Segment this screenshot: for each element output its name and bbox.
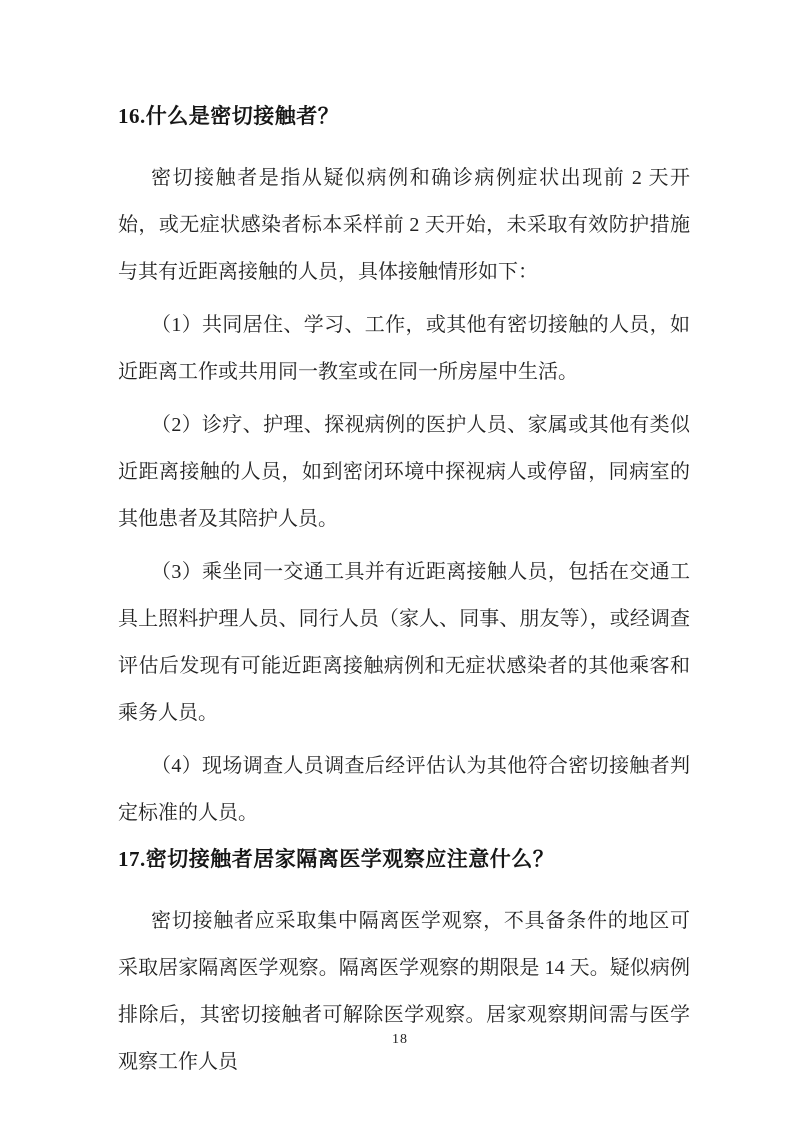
paragraph: （1）共同居住、学习、工作，或其他有密切接触的人员，如近距离工作或共用同一教室或… xyxy=(118,302,690,396)
paragraph: （2）诊疗、护理、探视病例的医护人员、家属或其他有类似近距离接触的人员，如到密闭… xyxy=(118,402,690,543)
document-page: 16.什么是密切接触者？ 密切接触者是指从疑似病例和确诊病例症状出现前 2 天开… xyxy=(0,0,800,1131)
page-number: 18 xyxy=(0,1032,800,1048)
paragraph: （3）乘坐同一交通工具并有近距离接触人员，包括在交通工具上照料护理人员、同行人员… xyxy=(118,549,690,737)
paragraph: 密切接触者是指从疑似病例和确诊病例症状出现前 2 天开始，或无症状感染者标本采样… xyxy=(118,155,690,296)
section-16: 16.什么是密切接触者？ 密切接触者是指从疑似病例和确诊病例症状出现前 2 天开… xyxy=(118,102,690,837)
paragraph: 密切接触者应采取集中隔离医学观察，不具备条件的地区可采取居家隔离医学观察。隔离医… xyxy=(118,898,690,1086)
paragraph: （4）现场调查人员调查后经评估认为其他符合密切接触者判定标准的人员。 xyxy=(118,743,690,837)
section-heading: 16.什么是密切接触者？ xyxy=(118,102,690,130)
section-heading: 17.密切接触者居家隔离医学观察应注意什么？ xyxy=(118,845,690,873)
page-content: 16.什么是密切接触者？ 密切接触者是指从疑似病例和确诊病例症状出现前 2 天开… xyxy=(118,102,690,1092)
section-17: 17.密切接触者居家隔离医学观察应注意什么？ 密切接触者应采取集中隔离医学观察，… xyxy=(118,845,690,1086)
